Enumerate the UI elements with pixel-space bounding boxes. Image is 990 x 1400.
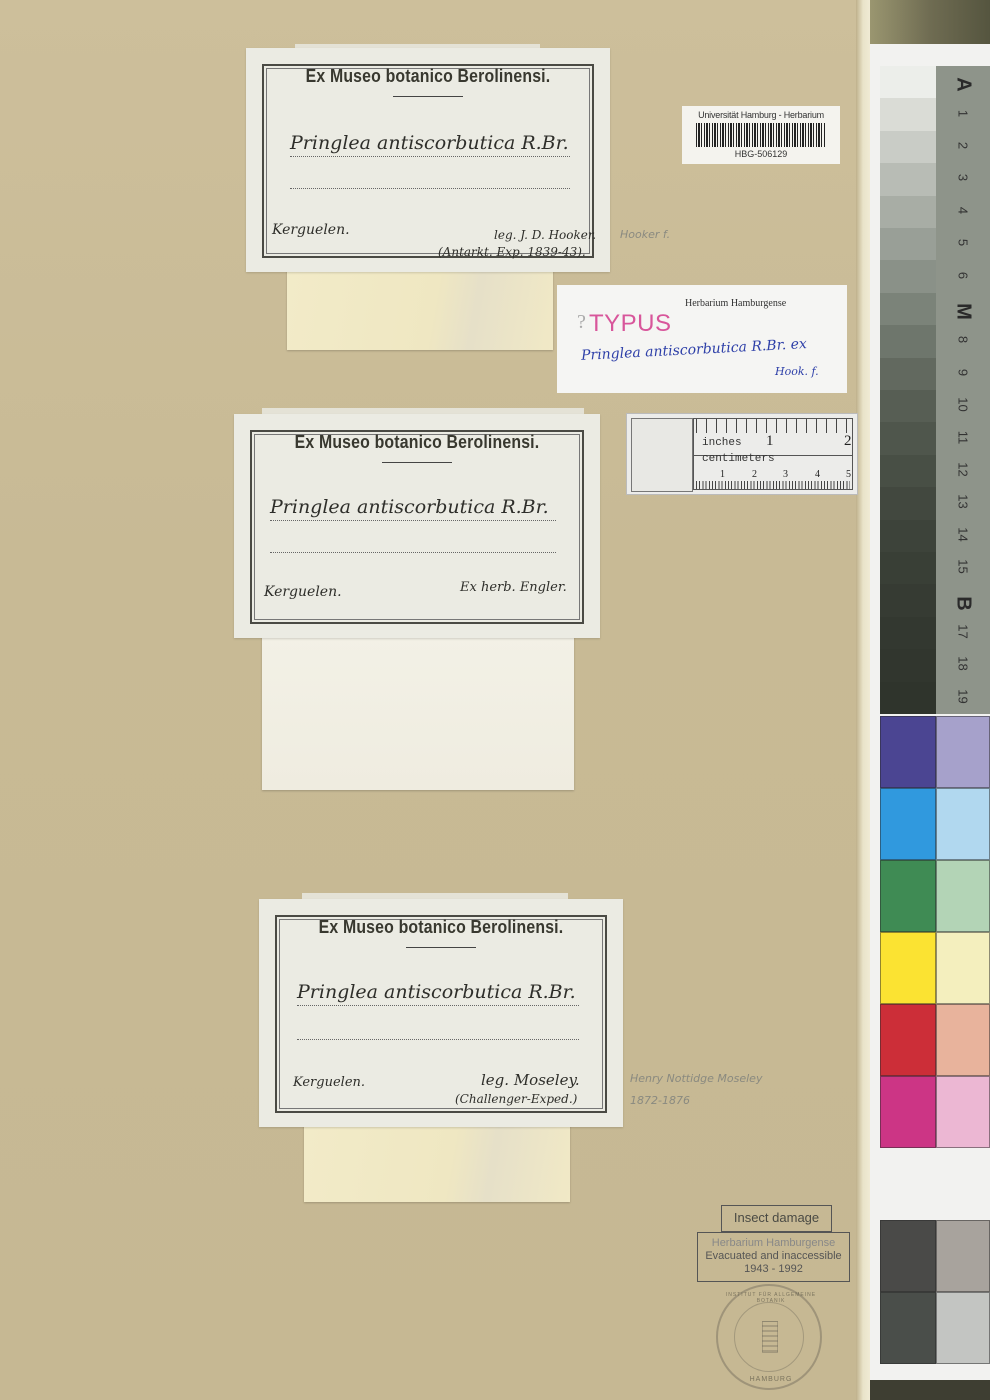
- evacuated-line-2: Evacuated and inaccessible: [698, 1250, 849, 1263]
- label-header: Ex Museo botanico Berolinensi.: [256, 432, 578, 453]
- cm-mark-2: 2: [752, 469, 757, 480]
- pencil-note-moseley-name: Henry Nottidge Moseley: [630, 1072, 762, 1085]
- evacuated-line-1: Herbarium Hamburgense: [698, 1237, 849, 1250]
- centimeters-label: centimeters: [702, 453, 775, 465]
- cm-mark-4: 4: [815, 469, 820, 480]
- taxon-name: Pringlea antiscorbutica R.Br.: [290, 132, 569, 154]
- header-rule: [382, 462, 452, 463]
- color-swatch: [936, 1220, 990, 1292]
- color-swatch: [880, 1292, 936, 1364]
- barcode-icon: [696, 123, 826, 147]
- cm-mark-1: 1: [720, 469, 725, 480]
- gray-step: [880, 293, 936, 325]
- inch-mark-1: 1: [766, 433, 774, 450]
- label-header: Ex Museo botanico Berolinensi.: [268, 66, 588, 87]
- inch-mark-2: 2: [844, 433, 852, 450]
- gray-step: [880, 390, 936, 422]
- sheet-edge: [856, 0, 870, 1400]
- barcode-institution: Universität Hamburg - Herbarium: [682, 110, 840, 120]
- blank-dotline: [270, 552, 556, 553]
- color-swatch: [936, 932, 990, 1004]
- gray-step: [880, 649, 936, 681]
- specimen-envelope-1[interactable]: [287, 268, 553, 350]
- color-swatch: [936, 1004, 990, 1076]
- inch-ticks: [696, 419, 850, 433]
- taxon-dotline: [297, 1005, 579, 1006]
- color-swatch: [880, 1004, 936, 1076]
- inches-label: inches: [702, 437, 742, 449]
- color-swatch: [936, 1148, 990, 1220]
- locality: Kerguelen.: [272, 222, 350, 238]
- taxon-name: Pringlea antiscorbutica R.Br.: [297, 981, 576, 1003]
- specimen-envelope-2[interactable]: [262, 632, 574, 790]
- seal-bottom-text: HAMBURG: [718, 1376, 824, 1383]
- gray-step: [880, 131, 936, 163]
- grayscale-strip: [880, 66, 936, 714]
- gray-step: [880, 552, 936, 584]
- seal-inner-ring: [734, 1302, 804, 1372]
- gray-step: [880, 325, 936, 357]
- typus-question-mark: ?: [577, 311, 586, 334]
- color-swatch: [880, 1076, 936, 1148]
- specimen-envelope-3[interactable]: [304, 1122, 570, 1202]
- color-swatch: [936, 788, 990, 860]
- gray-step: [880, 617, 936, 649]
- pencil-note-moseley-dates: 1872-1876: [630, 1094, 690, 1107]
- herbarium-label-2: Ex Museo botanico Berolinensi. Pringlea …: [234, 414, 600, 638]
- ruler-blank-area: [631, 418, 693, 492]
- gray-step: [880, 358, 936, 390]
- collector: leg. J. D. Hooker.: [494, 228, 596, 242]
- label-header: Ex Museo botanico Berolinensi.: [281, 917, 601, 938]
- blank-dotline: [290, 188, 570, 189]
- cm-mark-5: 5: [846, 469, 851, 480]
- gray-step: [880, 422, 936, 454]
- expedition: (Challenger-Exped.): [455, 1092, 577, 1106]
- evacuated-stamp: Herbarium Hamburgense Evacuated and inac…: [697, 1232, 850, 1282]
- gray-step: [880, 487, 936, 519]
- locality: Kerguelen.: [264, 584, 342, 600]
- blank-dotline: [297, 1039, 579, 1040]
- scale-ruler: inches 1 2 centimeters 1 2 3 4 5: [626, 413, 858, 495]
- header-rule: [393, 96, 463, 97]
- color-swatch: [880, 788, 936, 860]
- collector: Ex herb. Engler.: [460, 580, 567, 595]
- color-swatch: [936, 1076, 990, 1148]
- header-rule: [406, 947, 476, 948]
- color-swatch: [880, 1148, 936, 1220]
- locality: Kerguelen.: [293, 1075, 365, 1090]
- institute-seal-stamp: INSTITUT FÜR ALLGEMEINE BOTANIK HAMBURG: [716, 1284, 822, 1390]
- grayscale-index: A123456M89101112131415B171819: [936, 66, 990, 714]
- gray-step: [880, 163, 936, 195]
- typus-institution: Herbarium Hamburgense: [685, 298, 786, 309]
- pencil-note-hooker: Hooker f.: [620, 228, 670, 241]
- taxon-dotline: [270, 520, 556, 521]
- barcode-id: HBG-506129: [682, 149, 840, 159]
- chart-bottom-shadow: [870, 1380, 990, 1400]
- evacuated-line-3: 1943 - 1992: [698, 1263, 849, 1276]
- color-swatch: [936, 1292, 990, 1364]
- gray-step: [880, 66, 936, 98]
- insect-damage-stamp: Insect damage: [721, 1205, 832, 1232]
- cm-ticks: [696, 481, 850, 489]
- typus-annotation-taxon: Pringlea antiscorbutica R.Br. ex: [581, 336, 808, 364]
- gray-step: [880, 98, 936, 130]
- expedition: (Antarkt. Exp. 1839-43).: [438, 245, 586, 259]
- gray-step: [880, 682, 936, 714]
- gray-step: [880, 260, 936, 292]
- barcode-label[interactable]: Universität Hamburg - Herbarium HBG-5061…: [682, 106, 840, 164]
- typus-stamp: TYPUS: [589, 310, 672, 338]
- typus-annotation-author: Hook. f.: [775, 365, 819, 378]
- gray-step: [880, 196, 936, 228]
- ruler-scale: inches 1 2 centimeters 1 2 3 4 5: [693, 418, 853, 490]
- color-swatch: [880, 1220, 936, 1292]
- taxon-dotline: [290, 156, 570, 157]
- gray-step: [880, 228, 936, 260]
- cm-mark-3: 3: [783, 469, 788, 480]
- color-swatch: [936, 860, 990, 932]
- herbarium-label-1: Ex Museo botanico Berolinensi. Pringlea …: [246, 48, 610, 272]
- taxon-name: Pringlea antiscorbutica R.Br.: [270, 496, 549, 518]
- gray-step: [880, 584, 936, 616]
- typus-label: Herbarium Hamburgense ? TYPUS Pringlea a…: [557, 285, 847, 393]
- collector: leg. Moseley.: [481, 1071, 580, 1089]
- gray-step: [880, 455, 936, 487]
- color-swatch: [880, 716, 936, 788]
- color-swatch: [880, 932, 936, 1004]
- color-swatch: [880, 860, 936, 932]
- herbarium-label-3: Ex Museo botanico Berolinensi. Pringlea …: [259, 899, 623, 1127]
- castle-icon: [762, 1321, 778, 1353]
- color-swatch: [936, 716, 990, 788]
- gray-step: [880, 520, 936, 552]
- chart-top-shadow: [870, 0, 990, 44]
